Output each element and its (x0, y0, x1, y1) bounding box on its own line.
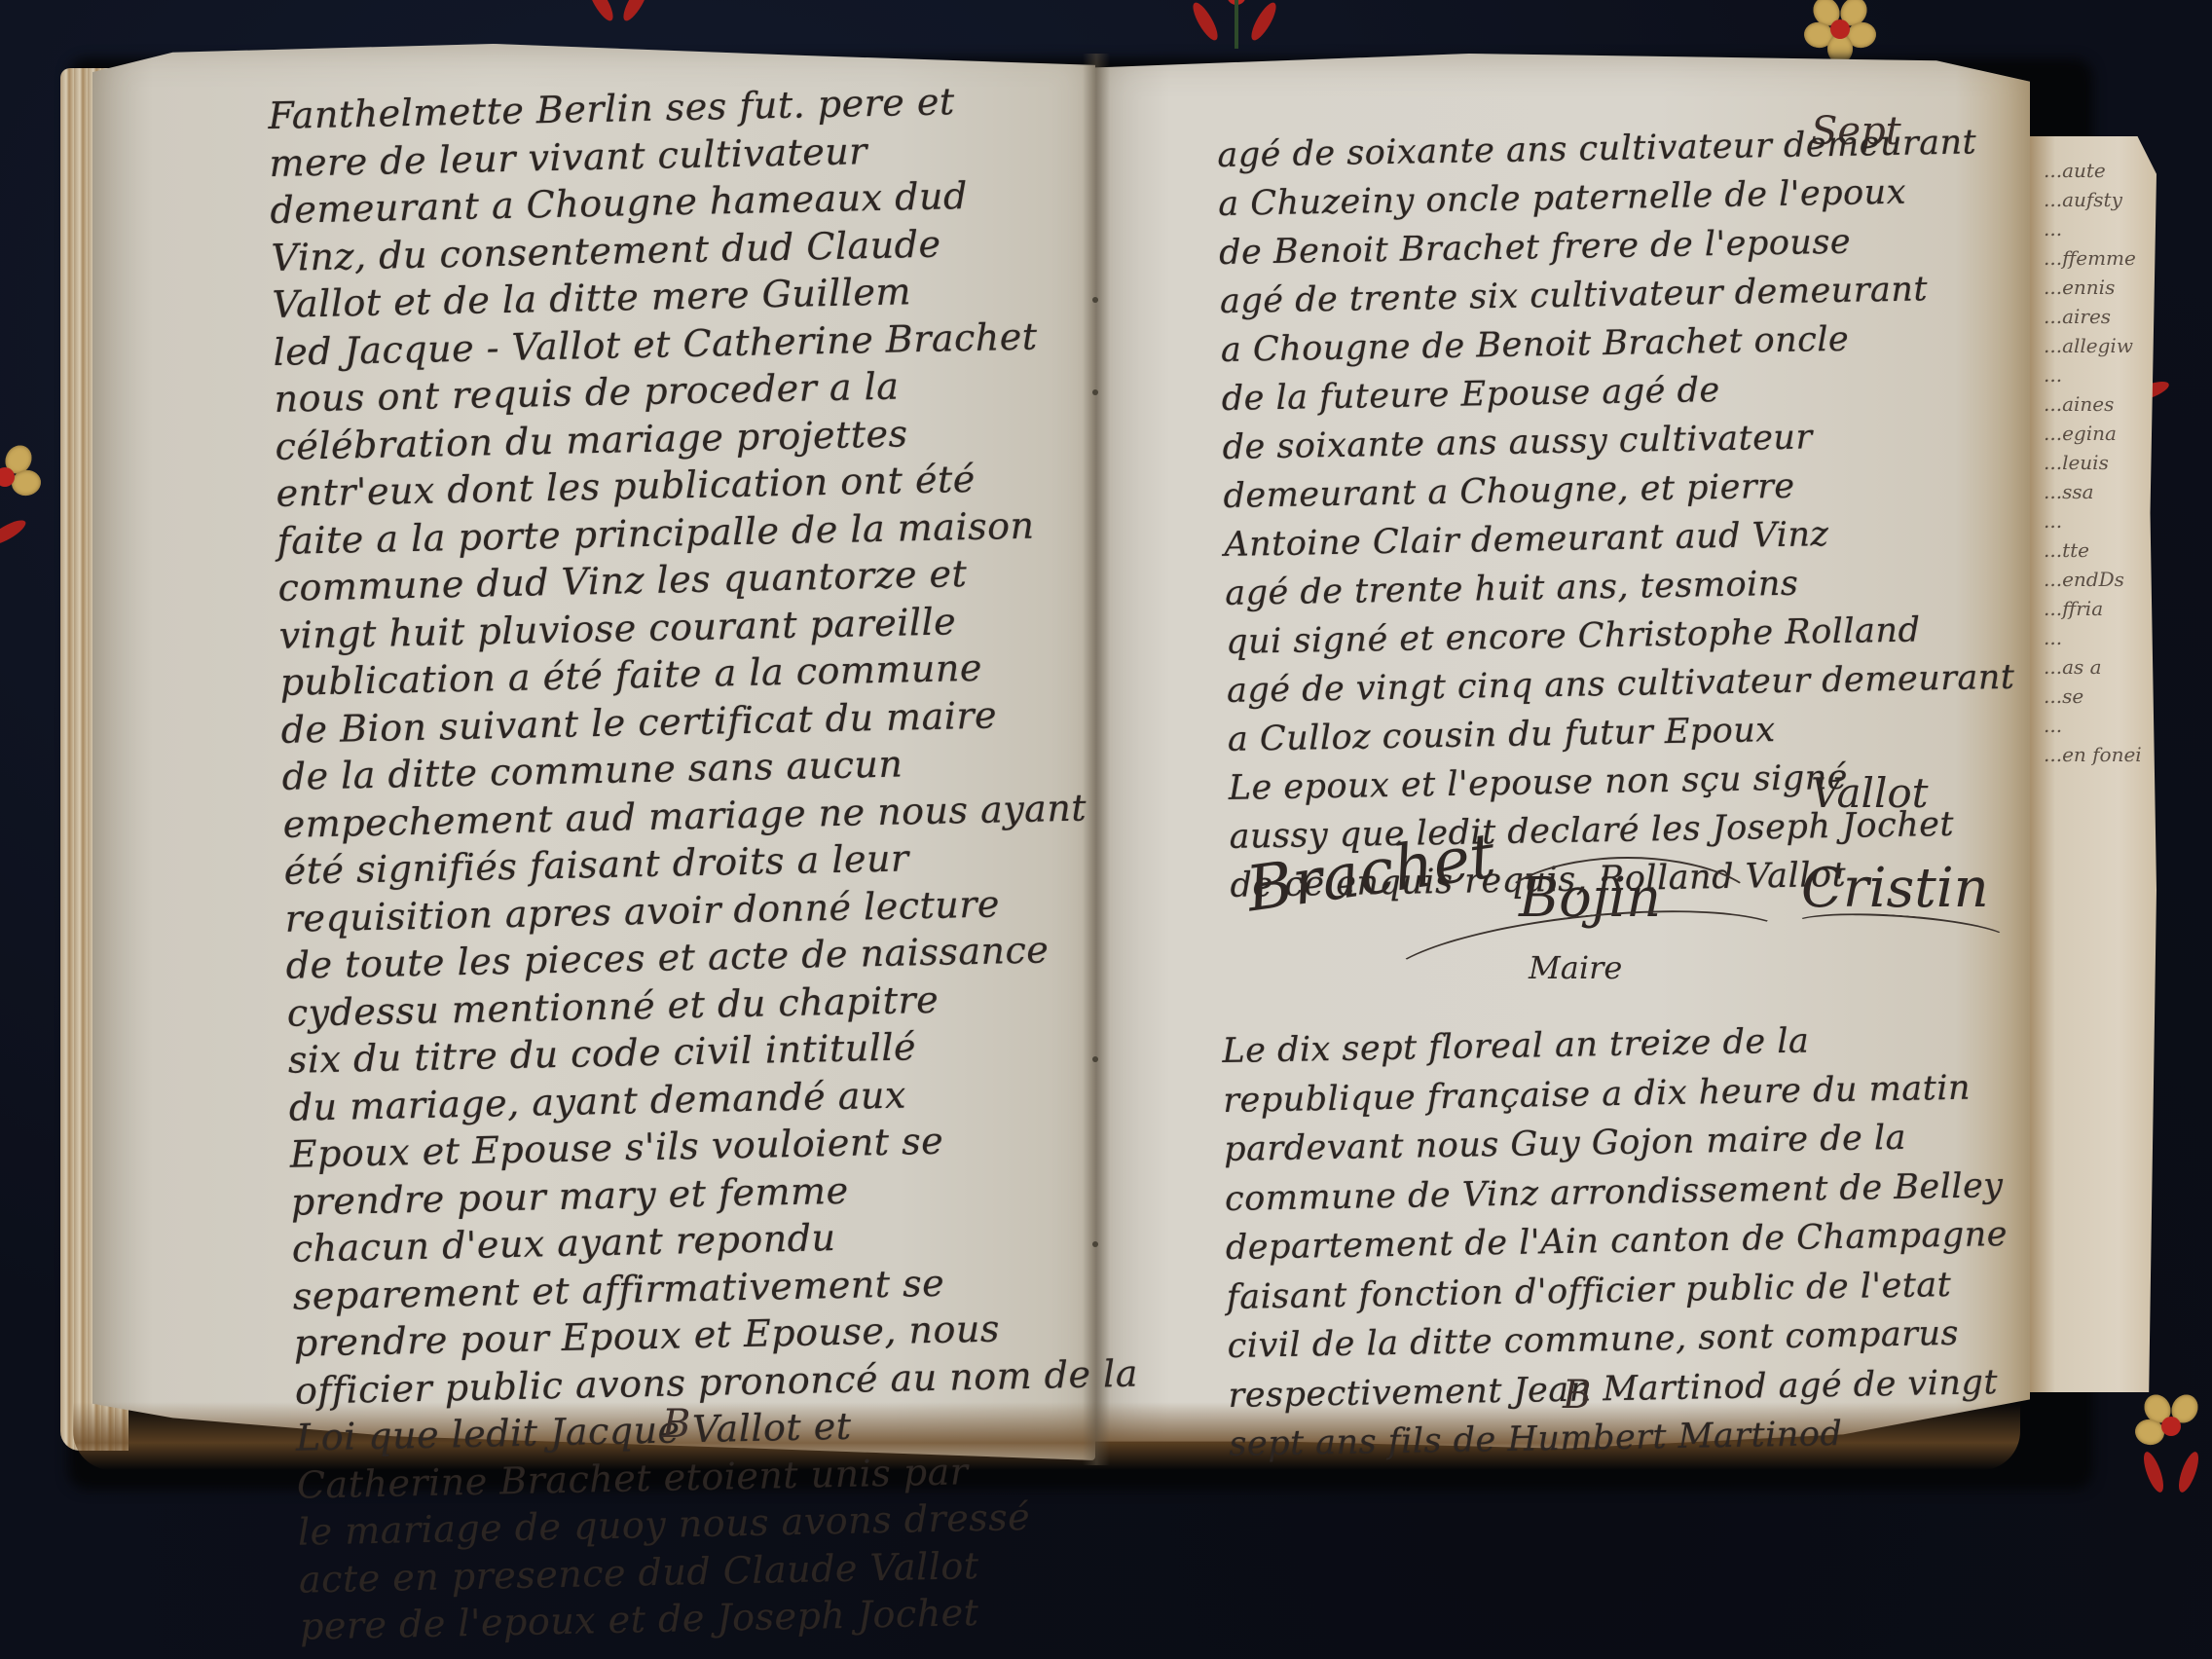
margin-fragment: ...ssa (2030, 477, 2157, 506)
margin-fragment: ...aute (2030, 156, 2157, 185)
embroidered-flower-top-right (1806, 0, 1874, 63)
margin-fragment: ...ffria (2030, 594, 2157, 623)
margin-fragment: ...aufsty (2030, 185, 2157, 214)
margin-fragment: ...egina (2030, 419, 2157, 448)
margin-fragment: ...tte (2030, 535, 2157, 565)
margin-fragment: ...aires (2030, 302, 2157, 331)
margin-fragment: ... (2030, 711, 2157, 740)
right-page-paraph: B (1563, 1373, 1591, 1418)
margin-fragment: ... (2030, 506, 2157, 535)
margin-fragment: ... (2030, 214, 2157, 243)
next-page-margin-strip: ...aute ...aufsty ... ...ffemme ...ennis… (2030, 136, 2157, 1392)
embroidered-flower-left-edge (0, 443, 39, 511)
margin-fragment: ...se (2030, 682, 2157, 711)
signature-vallot: Vallot (1811, 769, 1929, 817)
margin-fragment: ...aines (2030, 389, 2157, 419)
margin-fragment: ...leuis (2030, 448, 2157, 477)
embroidered-flower-top-mid (1202, 0, 1271, 29)
margin-fragment: ... (2030, 360, 2157, 389)
embroidered-flower-right-edge (2137, 1392, 2205, 1460)
margin-fragment: ...as a (2030, 652, 2157, 682)
margin-fragment: ...en fonei (2030, 740, 2157, 769)
margin-fragment: ...endDs (2030, 565, 2157, 594)
embroidered-flower-top-left (584, 0, 652, 29)
left-page-paraph: B (662, 1402, 690, 1447)
signature-cristin: Cristin (1801, 857, 1989, 920)
right-page-text-new-act: Le dix sept floreal an treize de la repu… (1222, 1014, 2011, 1469)
margin-fragment: ...ennis (2030, 273, 2157, 302)
margin-fragment: ... (2030, 623, 2157, 652)
left-page-text: Fanthelmette Berlin ses fut. pere et mer… (268, 75, 1143, 1650)
margin-fragment: ...ffemme (2030, 243, 2157, 273)
margin-fragment: ...allegiw (2030, 331, 2157, 360)
